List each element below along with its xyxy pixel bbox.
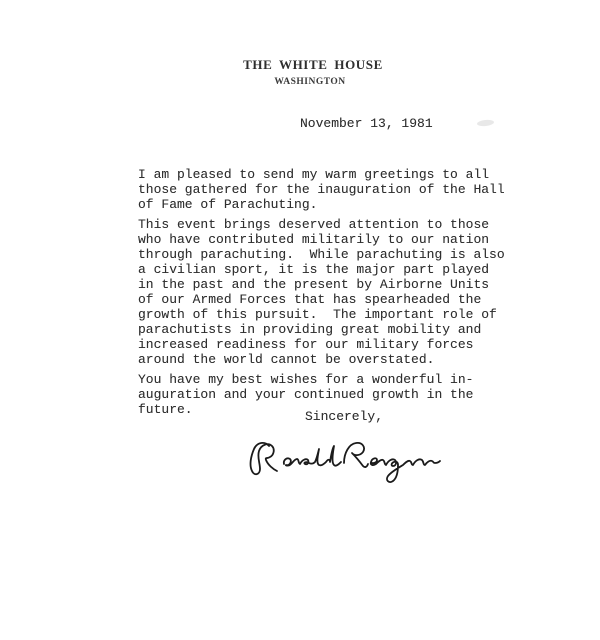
body-line: around the world cannot be overstated. [138, 352, 505, 367]
body-line: auguration and your continued growth in … [138, 387, 473, 402]
body-line: of our Armed Forces that has spearheaded… [138, 292, 505, 307]
signature-svg [244, 436, 444, 488]
body-line: increased readiness for our military for… [138, 337, 505, 352]
letterhead-subtitle: WASHINGTON [10, 77, 600, 87]
body-line: parachutists in providing great mobility… [138, 322, 505, 337]
body-line: in the past and the present by Airborne … [138, 277, 505, 292]
date-line: November 13, 1981 [300, 116, 433, 131]
letterhead-title: THE WHITE HOUSE [13, 57, 600, 73]
body-line: This event brings deserved attention to … [138, 217, 505, 232]
body-line: You have my best wishes for a wonderful … [138, 372, 473, 387]
body-paragraph-2: This event brings deserved attention to … [138, 217, 505, 367]
valediction: Sincerely, [305, 409, 383, 424]
body-line: who have contributed militarily to our n… [138, 232, 505, 247]
body-line: those gathered for the inauguration of t… [138, 182, 505, 197]
body-line: growth of this pursuit. The important ro… [138, 307, 505, 322]
body-paragraph-1: I am pleased to send my warm greetings t… [138, 167, 505, 212]
scan-smudge [477, 119, 495, 127]
signature-stroke-onald [284, 446, 341, 466]
body-line: of Fame of Parachuting. [138, 197, 505, 212]
signature: Ronald Reagan [244, 436, 444, 488]
letter-page: THE WHITE HOUSE WASHINGTON November 13, … [0, 0, 600, 640]
body-line: a civilian sport, it is the major part p… [138, 262, 505, 277]
signature-stroke-r1 [251, 443, 277, 474]
body-line: through parachuting. While parachuting i… [138, 247, 505, 262]
body-line: I am pleased to send my warm greetings t… [138, 167, 505, 182]
signature-stroke-eagan [371, 458, 440, 482]
signature-stroke-r2 [344, 443, 368, 467]
